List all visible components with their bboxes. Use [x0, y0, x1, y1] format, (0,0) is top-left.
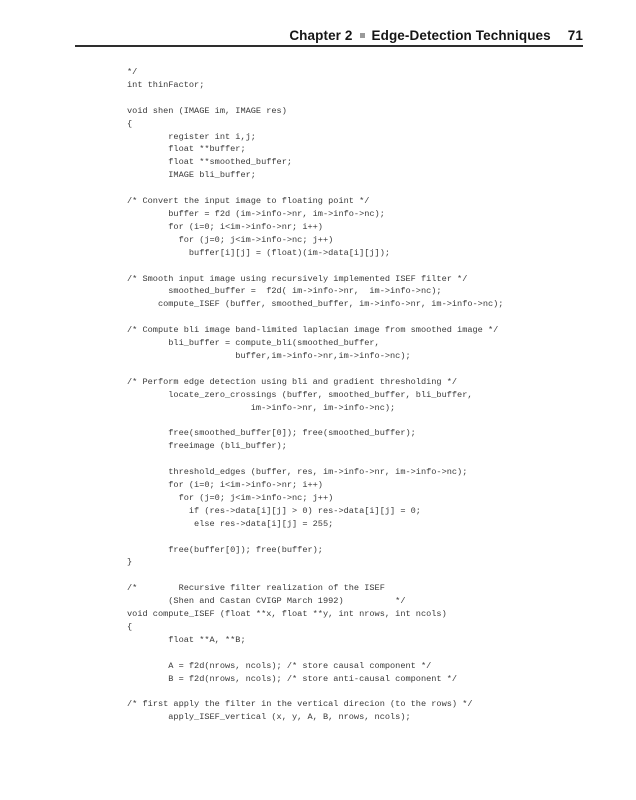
code-text: */ int thinFactor; void shen (IMAGE im, … [127, 66, 503, 724]
book-page: Chapter 2Edge-Detection Techniques71 */ … [0, 0, 636, 800]
square-bullet-icon [360, 33, 365, 38]
page-number: 71 [568, 28, 583, 43]
chapter-label: Chapter 2 [289, 28, 352, 43]
running-head: Chapter 2Edge-Detection Techniques71 [75, 28, 583, 43]
section-title: Edge-Detection Techniques [372, 28, 551, 43]
header-rule [75, 45, 583, 47]
code-listing: */ int thinFactor; void shen (IMAGE im, … [127, 66, 503, 724]
